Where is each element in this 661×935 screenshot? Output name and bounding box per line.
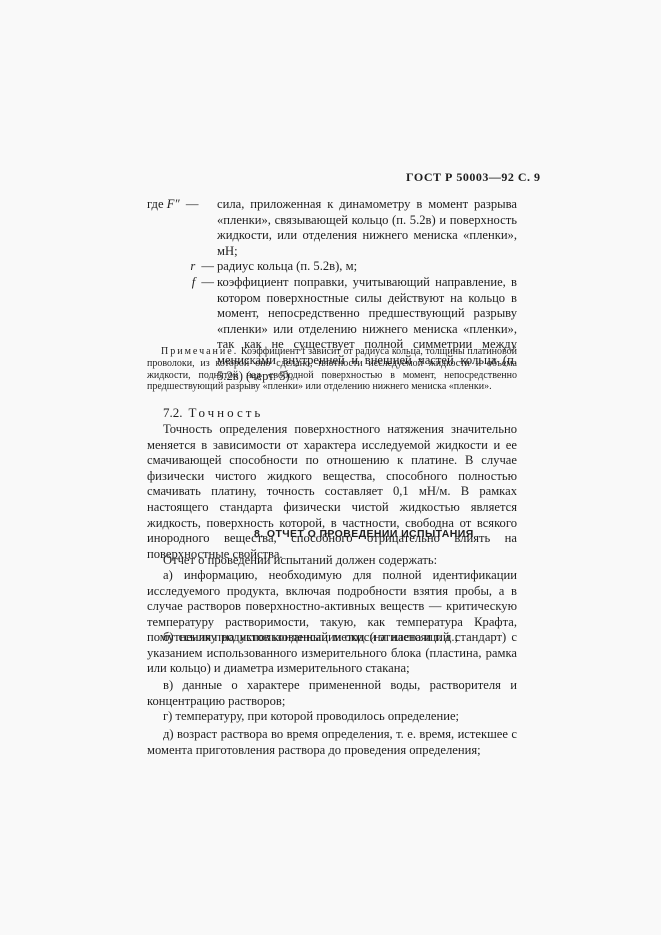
definition-item: r — радиус кольца (п. 5.2в), м; bbox=[147, 259, 517, 275]
definition-text: радиус кольца (п. 5.2в), м; bbox=[217, 259, 517, 275]
report-item-v: в) данные о характере примененной воды, … bbox=[147, 678, 517, 709]
definition-term: где F″ — bbox=[147, 197, 217, 213]
definition-symbol: r bbox=[190, 259, 195, 273]
running-head: ГОСТ Р 50003—92 С. 9 bbox=[406, 170, 540, 185]
definition-dash: — bbox=[201, 275, 214, 289]
definition-text: сила, приложенная к динамометру в момент… bbox=[217, 197, 517, 259]
section-heading: 8. ОТЧЕТ О ПРОВЕДЕНИИ ИСПЫТАНИЯ bbox=[254, 528, 474, 540]
definition-dash: — bbox=[186, 197, 199, 211]
report-item-d: д) возраст раствора во время определения… bbox=[147, 727, 517, 758]
note-label: Примечание. bbox=[161, 346, 238, 357]
definition-dash: — bbox=[201, 259, 214, 273]
report-item-g: г) температуру, при которой проводилось … bbox=[147, 709, 517, 725]
subsection-number: 7.2. bbox=[163, 405, 183, 420]
report-intro: Отчет о проведении испытаний должен соде… bbox=[147, 553, 517, 569]
report-item-b: б) ссылку на использованный метод (на на… bbox=[147, 630, 517, 677]
subsection-title: Точность bbox=[189, 405, 264, 420]
subsection-heading: 7.2.Точность bbox=[163, 405, 263, 421]
definition-symbol: f bbox=[192, 275, 196, 289]
definition-symbol: F″ bbox=[167, 197, 180, 211]
definition-intro: где bbox=[147, 197, 164, 211]
note: Примечание. Коэффициент f зависит от рад… bbox=[147, 346, 517, 393]
definition-term: f — bbox=[147, 275, 217, 291]
definition-item: где F″ — сила, приложенная к динамометру… bbox=[147, 197, 517, 259]
definition-term: r — bbox=[147, 259, 217, 275]
accuracy-paragraph: Точность определения поверхностного натя… bbox=[147, 422, 517, 562]
